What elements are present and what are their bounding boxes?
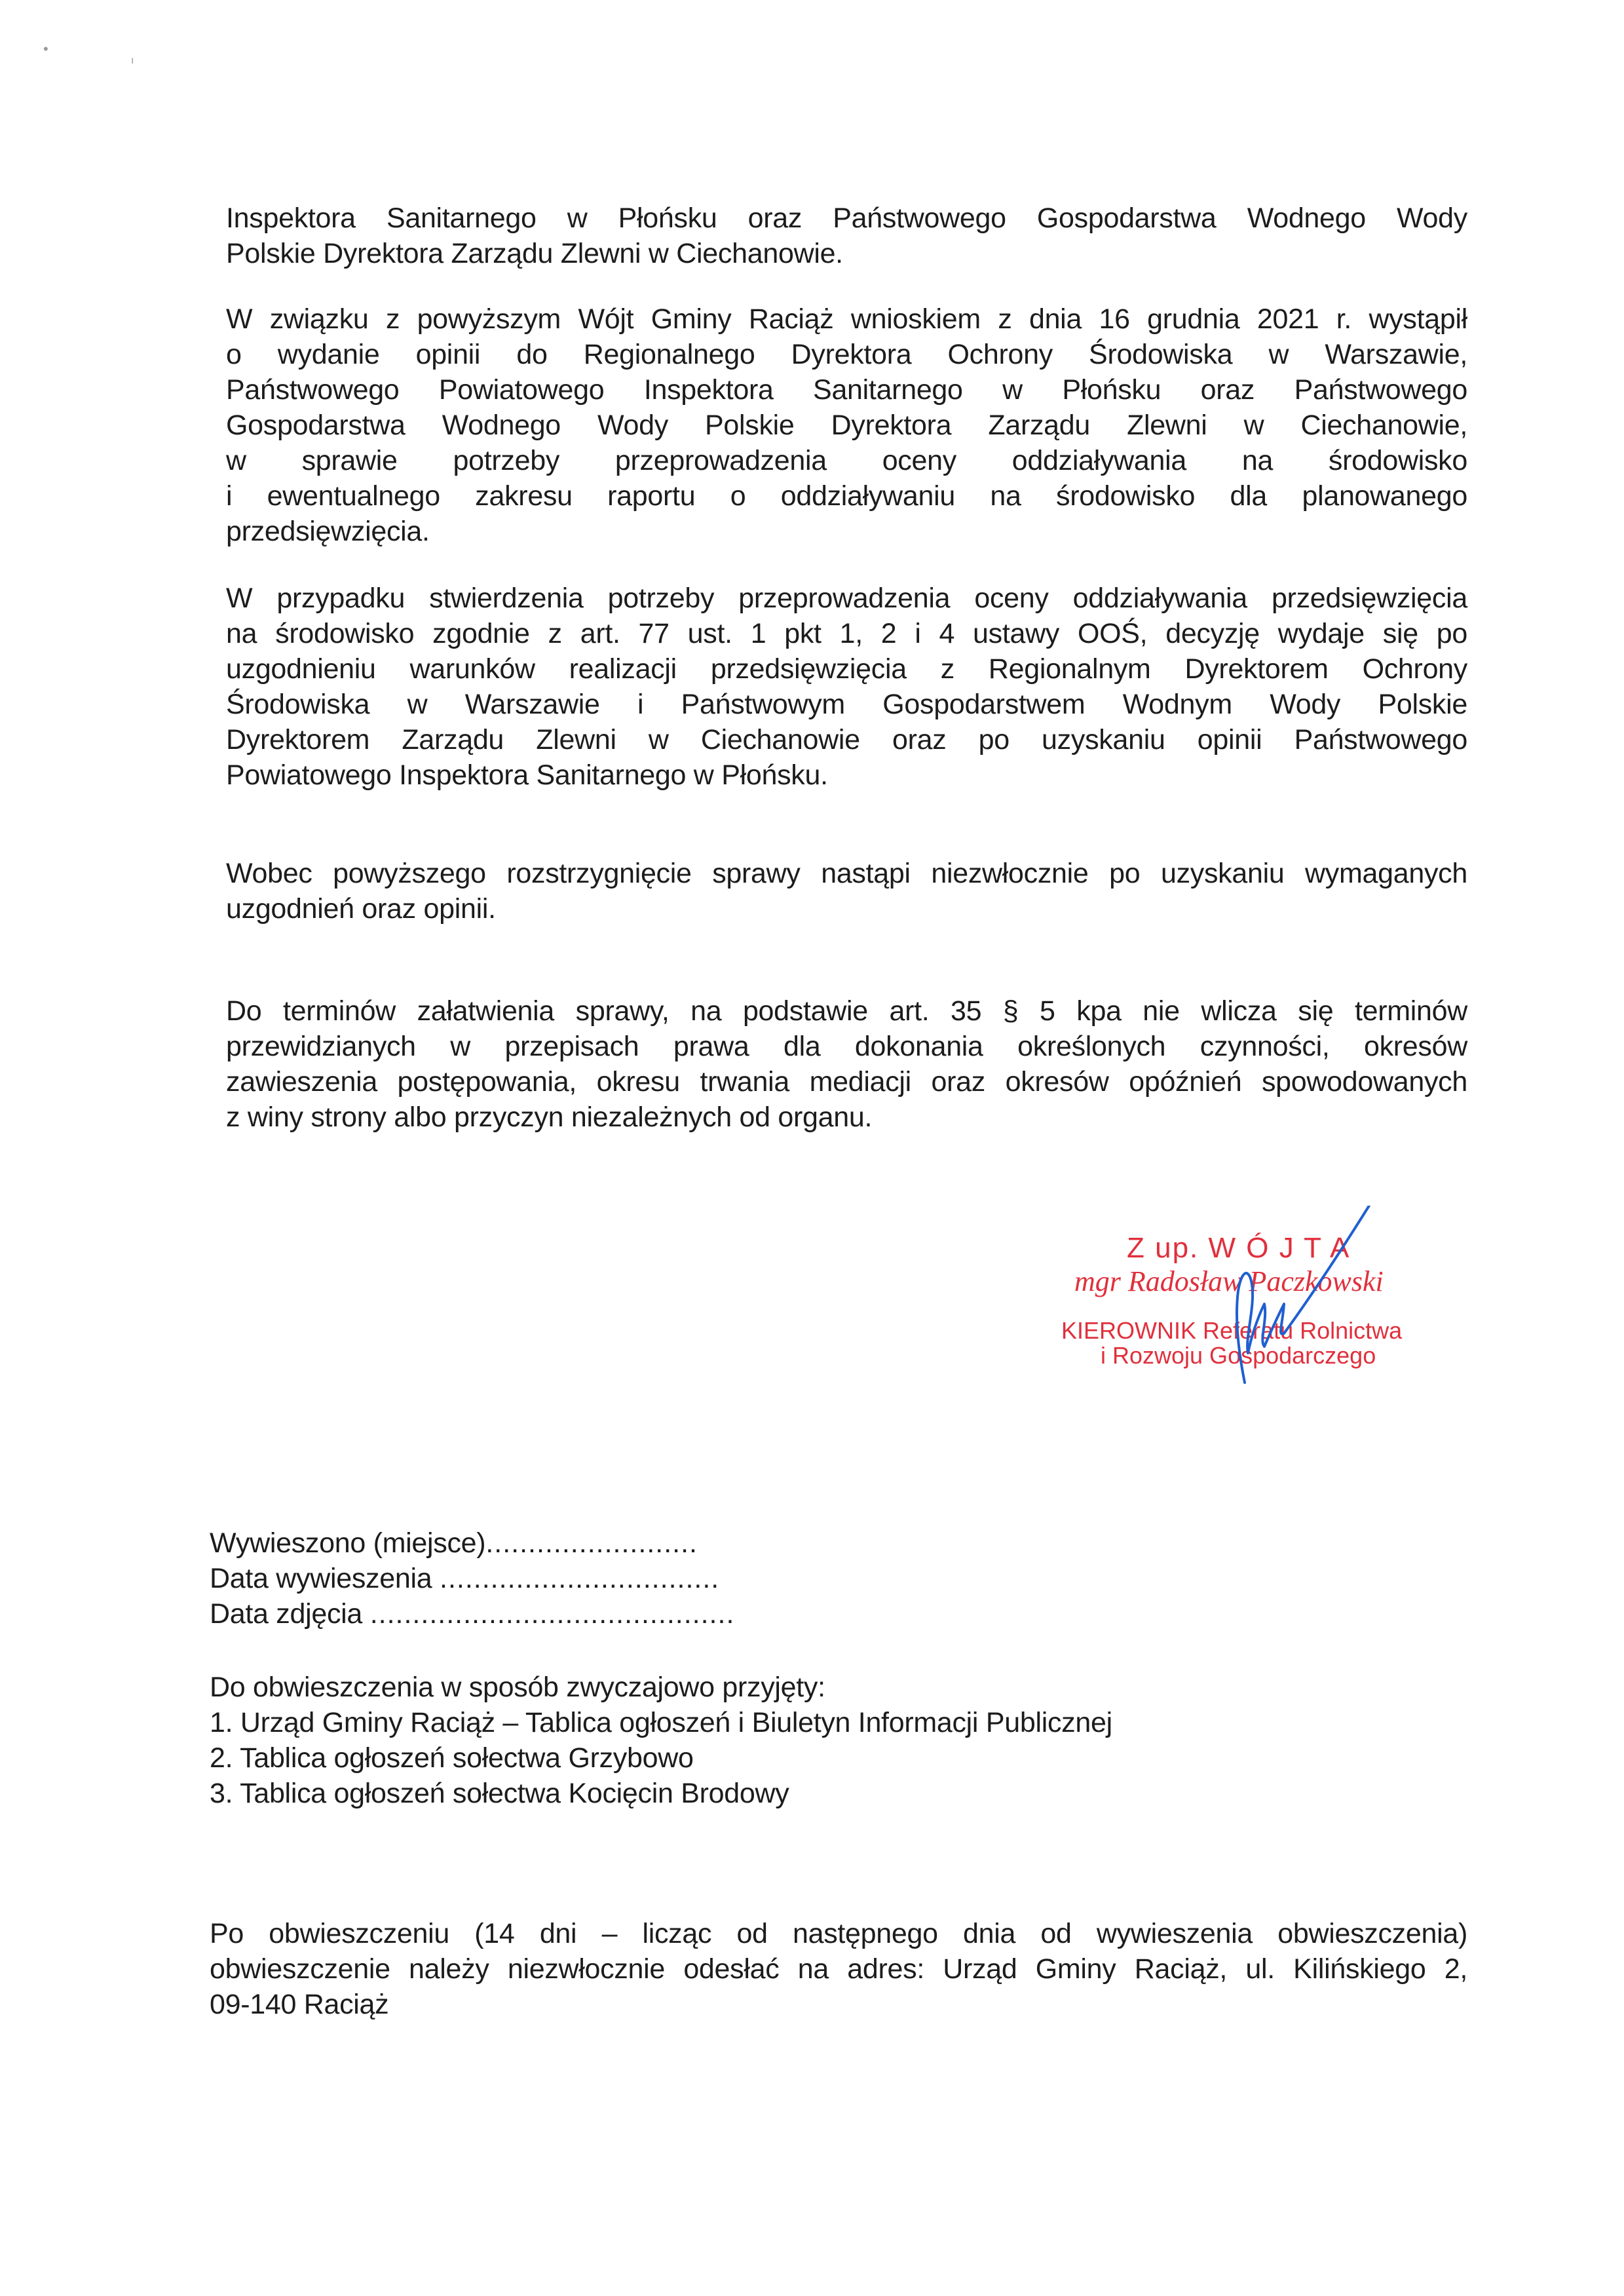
text-line: Wobec powyższego rozstrzygnięcie sprawy … bbox=[226, 856, 1467, 891]
text-line: o wydanie opinii do Regionalnego Dyrekto… bbox=[226, 337, 1467, 372]
text-line: uzgodnieniu warunków realizacji przedsię… bbox=[226, 651, 1467, 687]
text-line: Do terminów załatwienia sprawy, na podst… bbox=[226, 993, 1467, 1029]
field-blank: ......................... bbox=[485, 1527, 698, 1559]
text-line: W związku z powyższym Wójt Gminy Raciąż … bbox=[226, 301, 1467, 337]
posting-fields: Wywieszono (miejsce)....................… bbox=[210, 1525, 734, 1632]
distribution-item: 1. Urząd Gminy Raciąż – Tablica ogłoszeń… bbox=[210, 1705, 1112, 1740]
text-line: 09-140 Raciąż bbox=[210, 1987, 1467, 2022]
paragraph-2: W związku z powyższym Wójt Gminy Raciąż … bbox=[226, 301, 1467, 549]
text-line: Gospodarstwa Wodnego Wody Polskie Dyrekt… bbox=[226, 408, 1467, 443]
scan-artifact: ı bbox=[131, 55, 134, 67]
document-page: • ı Inspektora Sanitarnego w Płońsku ora… bbox=[0, 0, 1624, 2296]
handwritten-signature-icon bbox=[1048, 1206, 1454, 1402]
distribution-list: Do obwieszczenia w sposób zwyczajowo prz… bbox=[210, 1670, 1112, 1811]
text-line: przedsięwzięcia. bbox=[226, 514, 1467, 549]
text-line: Powiatowego Inspektora Sanitarnego w Pło… bbox=[226, 757, 1467, 793]
paragraph-5: Do terminów załatwienia sprawy, na podst… bbox=[226, 993, 1467, 1135]
text-line: W przypadku stwierdzenia potrzeby przepr… bbox=[226, 581, 1467, 616]
text-line: i ewentualnego zakresu raportu o oddział… bbox=[226, 478, 1467, 514]
text-line: uzgodnień oraz opinii. bbox=[226, 891, 1467, 927]
text-line: Dyrektorem Zarządu Zlewni w Ciechanowie … bbox=[226, 722, 1467, 757]
posting-field-date-posted: Data wywieszenia .......................… bbox=[210, 1561, 734, 1596]
text-line: Środowiska w Warszawie i Państwowym Gosp… bbox=[226, 687, 1467, 722]
field-label: Data zdjęcia bbox=[210, 1598, 370, 1630]
text-line: z winy strony albo przyczyn niezależnych… bbox=[226, 1100, 1467, 1135]
official-stamp: Z up. W Ó J T A mgr Radosław Paczkowski … bbox=[1048, 1206, 1454, 1402]
distribution-item: 3. Tablica ogłoszeń sołectwa Kocięcin Br… bbox=[210, 1776, 1112, 1811]
field-label: Data wywieszenia bbox=[210, 1563, 440, 1594]
paragraph-1: Inspektora Sanitarnego w Płońsku oraz Pa… bbox=[226, 201, 1467, 271]
text-line: Polskie Dyrektora Zarządu Zlewni w Ciech… bbox=[226, 236, 1467, 271]
text-line: Państwowego Powiatowego Inspektora Sanit… bbox=[226, 372, 1467, 408]
posting-field-date-removed: Data zdjęcia ...........................… bbox=[210, 1596, 734, 1632]
closing-paragraph: Po obwieszczeniu (14 dni – licząc od nas… bbox=[210, 1916, 1467, 2022]
text-line: obwieszczenie należy niezwłocznie odesła… bbox=[210, 1951, 1467, 1987]
distribution-item: 2. Tablica ogłoszeń sołectwa Grzybowo bbox=[210, 1740, 1112, 1776]
field-label: Wywieszono (miejsce) bbox=[210, 1527, 485, 1559]
text-line: Po obwieszczeniu (14 dni – licząc od nas… bbox=[210, 1916, 1467, 1951]
scan-artifact: • bbox=[43, 41, 48, 58]
paragraph-3: W przypadku stwierdzenia potrzeby przepr… bbox=[226, 581, 1467, 793]
paragraph-4: Wobec powyższego rozstrzygnięcie sprawy … bbox=[226, 856, 1467, 927]
text-line: w sprawie potrzeby przeprowadzenia oceny… bbox=[226, 443, 1467, 478]
text-line: przewidzianych w przepisach prawa dla do… bbox=[226, 1029, 1467, 1064]
text-line: na środowisko zgodnie z art. 77 ust. 1 p… bbox=[226, 616, 1467, 651]
distribution-heading: Do obwieszczenia w sposób zwyczajowo prz… bbox=[210, 1670, 1112, 1705]
posting-field-place: Wywieszono (miejsce)....................… bbox=[210, 1525, 734, 1561]
field-blank: ........................................… bbox=[370, 1598, 735, 1630]
field-blank: ................................. bbox=[440, 1563, 719, 1594]
text-line: Inspektora Sanitarnego w Płońsku oraz Pa… bbox=[226, 201, 1467, 236]
text-line: zawieszenia postępowania, okresu trwania… bbox=[226, 1064, 1467, 1100]
